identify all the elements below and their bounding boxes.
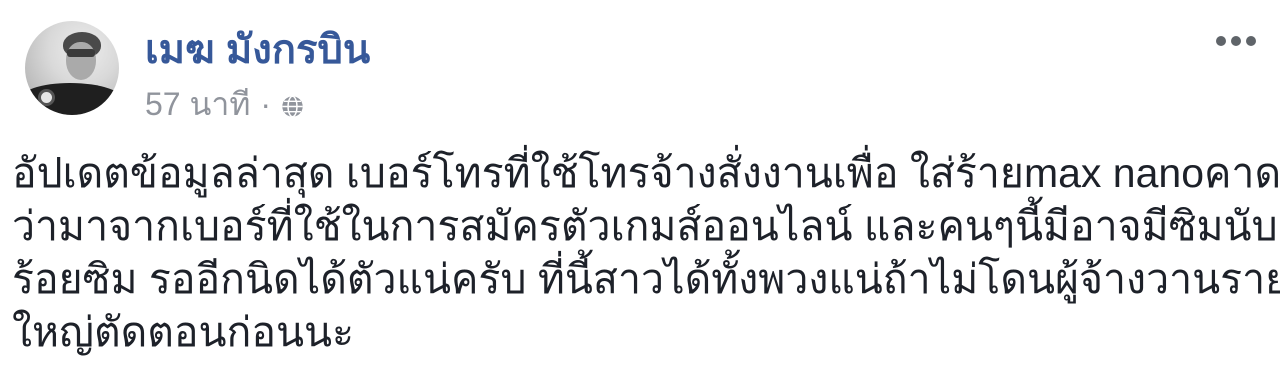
post-text-line: ร้อยซิม รออีกนิดได้ตัวแน่ครับ ที่นี้สาวไ… [12,253,1270,306]
post-text-line: อัปเดตข้อมูลล่าสุด เบอร์โทรที่ใช้โทรจ้าง… [12,147,1270,200]
timestamp-link[interactable]: 57 นาที [145,79,250,130]
post-text-line: ว่ามาจากเบอร์ที่ใช้ในการสมัครตัวเกมส์ออน… [12,200,1270,253]
avatar-face-shape [66,42,96,80]
ellipsis-icon [1216,36,1226,46]
post-header: เมฆ มังกรบิน 57 นาที · [0,0,1280,130]
globe-icon [281,95,304,118]
avatar-highlight-shape [38,89,55,106]
avatar[interactable] [25,21,119,115]
post-meta: 57 นาที · [145,79,370,130]
post-text-line: ใหญ่ตัดตอนก่อนนะ [12,306,1270,359]
author-block: เมฆ มังกรบิน 57 นาที · [145,21,370,130]
facebook-post: เมฆ มังกรบิน 57 นาที · [0,0,1280,388]
post-options-button[interactable] [1210,30,1262,52]
avatar-sunglasses-shape [67,49,95,57]
post-text: อัปเดตข้อมูลล่าสุด เบอร์โทรที่ใช้โทรจ้าง… [12,147,1270,359]
ellipsis-icon [1231,36,1241,46]
author-name-link[interactable]: เมฆ มังกรบิน [145,27,370,73]
ellipsis-icon [1246,36,1256,46]
meta-separator: · [260,86,271,123]
